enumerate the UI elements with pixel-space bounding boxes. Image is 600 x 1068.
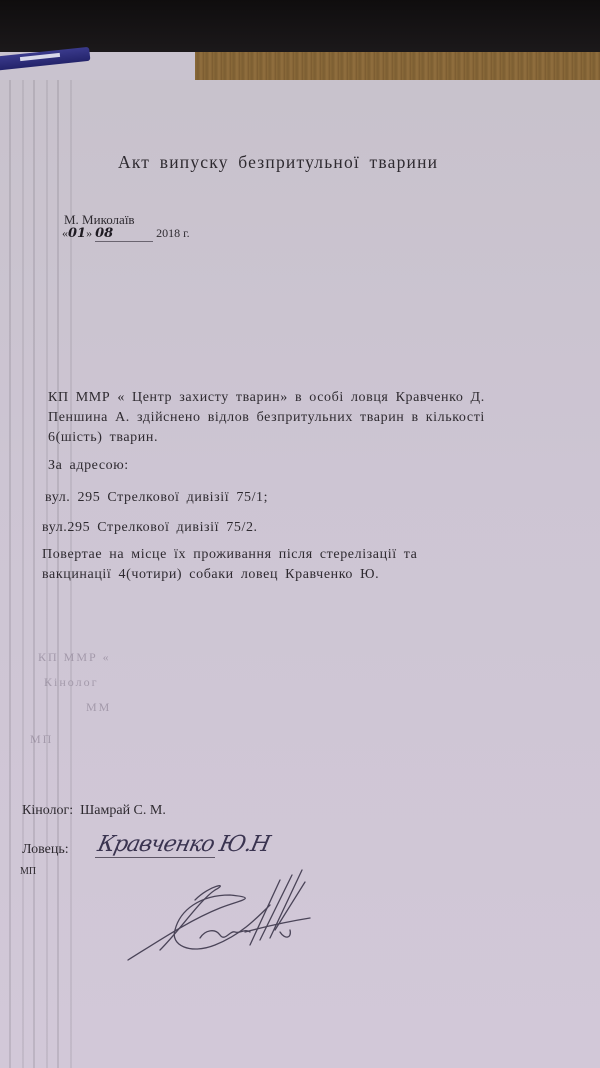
lovets-label: Ловець: bbox=[22, 842, 69, 858]
paragraph-line: Повертае на місце їх проживання після ст… bbox=[42, 545, 418, 565]
handwritten-signature bbox=[120, 860, 320, 970]
date-year: 2018 г. bbox=[156, 226, 190, 240]
wooden-desk bbox=[195, 52, 600, 82]
background-dark-surface bbox=[0, 0, 600, 55]
date-month-handwritten: 08 bbox=[95, 226, 113, 241]
lovets-handwritten-name: Кравченко Ю.Н bbox=[95, 832, 271, 857]
faded-bleed-text: КП ММР « bbox=[38, 650, 111, 665]
paragraph-release: Повертае на місце їх проживання після ст… bbox=[42, 545, 418, 585]
signature-underline bbox=[95, 857, 215, 858]
paragraph-line: 6(шість) тварин. bbox=[48, 428, 485, 448]
kinolog-name: Шамрай С. М. bbox=[80, 803, 166, 818]
faded-bleed-text: МП bbox=[30, 732, 53, 747]
date-line: «01» 08 2018 г. bbox=[62, 226, 190, 242]
paragraph-line: Пеншина А. здійснено відлов безпритульни… bbox=[48, 408, 485, 428]
date-day-handwritten: 01 bbox=[68, 226, 86, 241]
paragraph-line: вакцинації 4(чотири) собаки ловец Кравче… bbox=[42, 565, 418, 585]
paragraph-capture: КП ММР « Центр захисту тварин» в особі л… bbox=[48, 388, 485, 448]
address-label: За адресою: bbox=[48, 456, 129, 476]
faded-bleed-text: Кінолог bbox=[44, 675, 99, 690]
faded-bleed-text: ММ bbox=[86, 700, 111, 715]
address-line: вул.295 Стрелкової дивізії 75/2. bbox=[42, 518, 258, 538]
address-line: вул. 295 Стрелкової дивізії 75/1; bbox=[45, 488, 268, 508]
document-title: Акт випуску безпритульної тварини bbox=[118, 152, 438, 173]
kinolog-line: Кінолог: Шамрай С. М. bbox=[22, 803, 166, 819]
paragraph-line: КП ММР « Центр захисту тварин» в особі л… bbox=[48, 388, 485, 408]
date-close-quote: » bbox=[86, 226, 92, 240]
stamp-label: МП bbox=[20, 866, 36, 877]
kinolog-label: Кінолог: bbox=[22, 803, 73, 818]
date-month-field: 08 bbox=[95, 226, 153, 242]
